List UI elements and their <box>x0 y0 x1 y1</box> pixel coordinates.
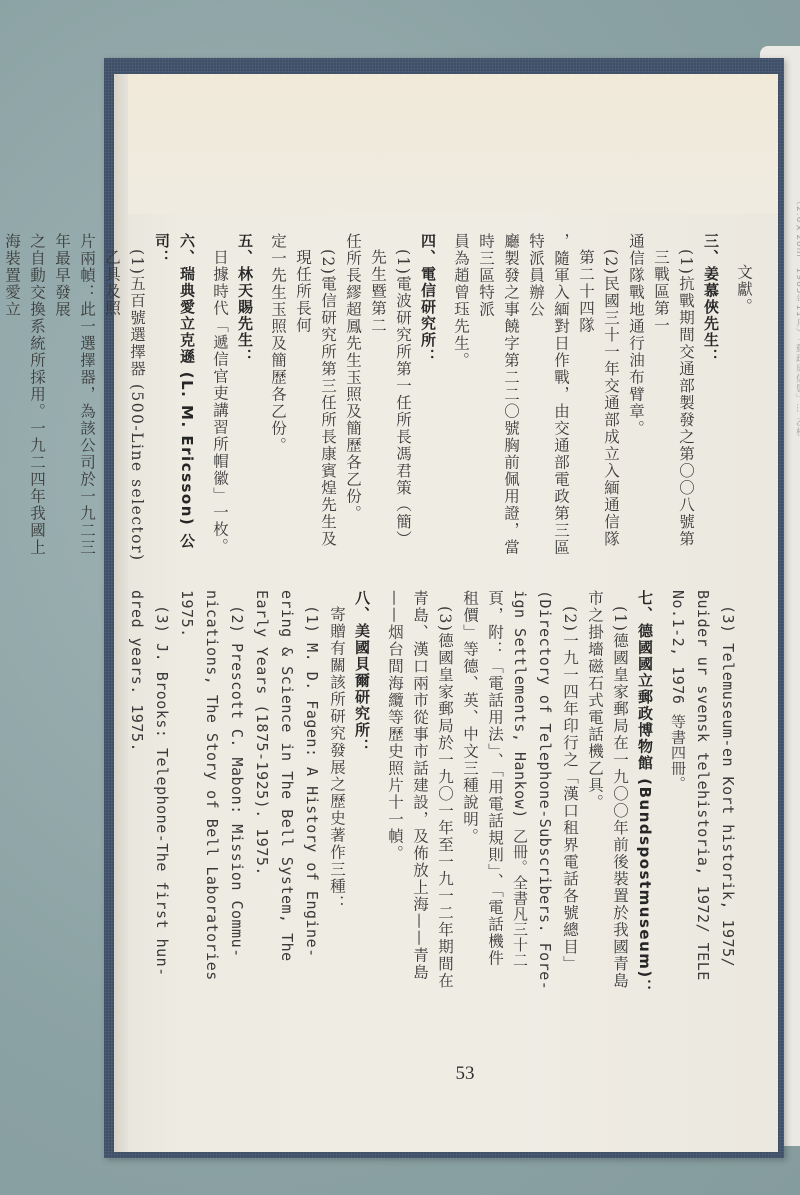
text-column: 任所長繆超鳳先生玉照及簡歷各乙份。 <box>340 233 365 563</box>
text-column: (2)電信研究所第三任所長康賓煌先生及現任所長何 <box>290 233 340 563</box>
text-column: 通信隊戰地通行油布臂章。 <box>623 233 648 563</box>
text-column: 頁，附：「電話用法」、「用電話規則」、「電話機件 <box>482 590 507 1040</box>
upper-text-block: 文獻。三、姜慕俠先生：(1)抗戰期間交通部製發之第〇〇八號第三戰區第一通信隊戰地… <box>150 233 756 563</box>
text-column: 之自動交換系統所採用。一九二四年我國上海裝置愛立 <box>0 233 49 563</box>
text-column: (2)民國三十一年交通部成立入緬通信隊第二十四隊 <box>573 233 623 563</box>
text-column: ——烟台間海纜等歷史照片十一幀。 <box>382 590 407 1040</box>
text-column: 租價」等德、英、中文三種說明。 <box>457 590 482 1040</box>
text-column: ign Settlements, Hankow) 乙冊。全書凡三十二 <box>507 590 532 1040</box>
section-heading: 五、林天賜先生： <box>232 233 257 563</box>
column-gap <box>440 233 448 563</box>
column-gap <box>257 233 265 563</box>
section-heading: 六、瑞典愛立克遜 (L. M. Ericsson) 公司： <box>149 233 199 563</box>
text-column: (1)電波研究所第一任所長馮君策（簡）先生暨第二 <box>365 233 415 563</box>
lower-text-block: (3) Telemuseum-en Kort historik, 1975/Bu… <box>150 590 740 1040</box>
text-column: Early Years (1875-1925). 1975. <box>249 590 274 1040</box>
text-column: (1)德國皇家郵局在一九〇〇年前後裝置於我國青島 <box>607 590 632 1040</box>
text-column: dred years. 1975. <box>124 590 149 1040</box>
text-column: (1)五百號選擇器 (500-Line selector) 乙具及照 <box>99 233 149 563</box>
adjacent-page-text: （2.6×20m，1965年11月）「郵政局信號」… 乙枚 <box>794 196 800 796</box>
text-column: (3) J. Brooks: Telephone-The first hun- <box>149 590 174 1040</box>
text-column: 片兩幀：此一選擇器，為該公司於一九二三年最早發展 <box>49 233 99 563</box>
text-column: 1975. <box>174 590 199 1040</box>
column-gap <box>199 233 207 563</box>
text-column: (3)德國皇家郵局於一九〇一年至一九一二年期間在 <box>432 590 457 1040</box>
text-column: (2) Prescott C. Mabon: Mission Commu- <box>224 590 249 1040</box>
text-column: (2)一九一四年印行之「漢口租界電話各號總目」 <box>557 590 582 1040</box>
text-column: (3) Telemuseum-en Kort historik, 1975/ <box>715 590 740 1040</box>
text-column: nications, The Story of Bell Laboratorie… <box>199 590 224 1040</box>
text-column: 青島、漢口兩市從事市話建設，及佈放上海——青島 <box>407 590 432 1040</box>
column-gap <box>723 233 731 563</box>
page-number: 53 <box>440 1063 490 1085</box>
section-heading: 八、美國貝爾研究所： <box>349 590 374 1040</box>
text-column: 寄贈有關該所研究發展之歷史著作三種： <box>324 590 349 1040</box>
text-column: 日據時代「遞信官吏講習所帽徽」一枚。 <box>207 233 232 563</box>
text-column: ，隨軍入緬對日作戰，由交通部電政第三區特派員辦公 <box>523 233 573 563</box>
section-heading: 七、德國國立郵政博物館 (Bundspostmuseum)： <box>632 590 657 1040</box>
text-column: No.1-2, 1976 等書四冊。 <box>665 590 690 1040</box>
text-column: 員為趙曾珏先生。 <box>448 233 473 563</box>
text-column: Buider ur svensk telehistoria, 1972/ TEL… <box>690 590 715 1040</box>
section-heading: 四、電信研究所： <box>415 233 440 563</box>
column-gap <box>374 590 382 1040</box>
column-gap <box>657 590 665 1040</box>
text-column: (Directory of Telephone-Subscribers. For… <box>532 590 557 1040</box>
text-column: ering & Science in The Bell System, The <box>274 590 299 1040</box>
text-column: 市之掛墻磁石式電話機乙具。 <box>582 590 607 1040</box>
text-column: 定一先生玉照及簡歷各乙份。 <box>265 233 290 563</box>
text-column: (1) M. D. Fagen: A History of Engine- <box>299 590 324 1040</box>
section-heading: 三、姜慕俠先生： <box>698 233 723 563</box>
page-top-margin <box>114 74 778 214</box>
text-column: 文獻。 <box>731 233 756 563</box>
text-column: (1)抗戰期間交通部製發之第〇〇八號第三戰區第一 <box>648 233 698 563</box>
text-column: 廳製發之事饒字第二二〇號胸前佩用證，當時三區特派 <box>473 233 523 563</box>
